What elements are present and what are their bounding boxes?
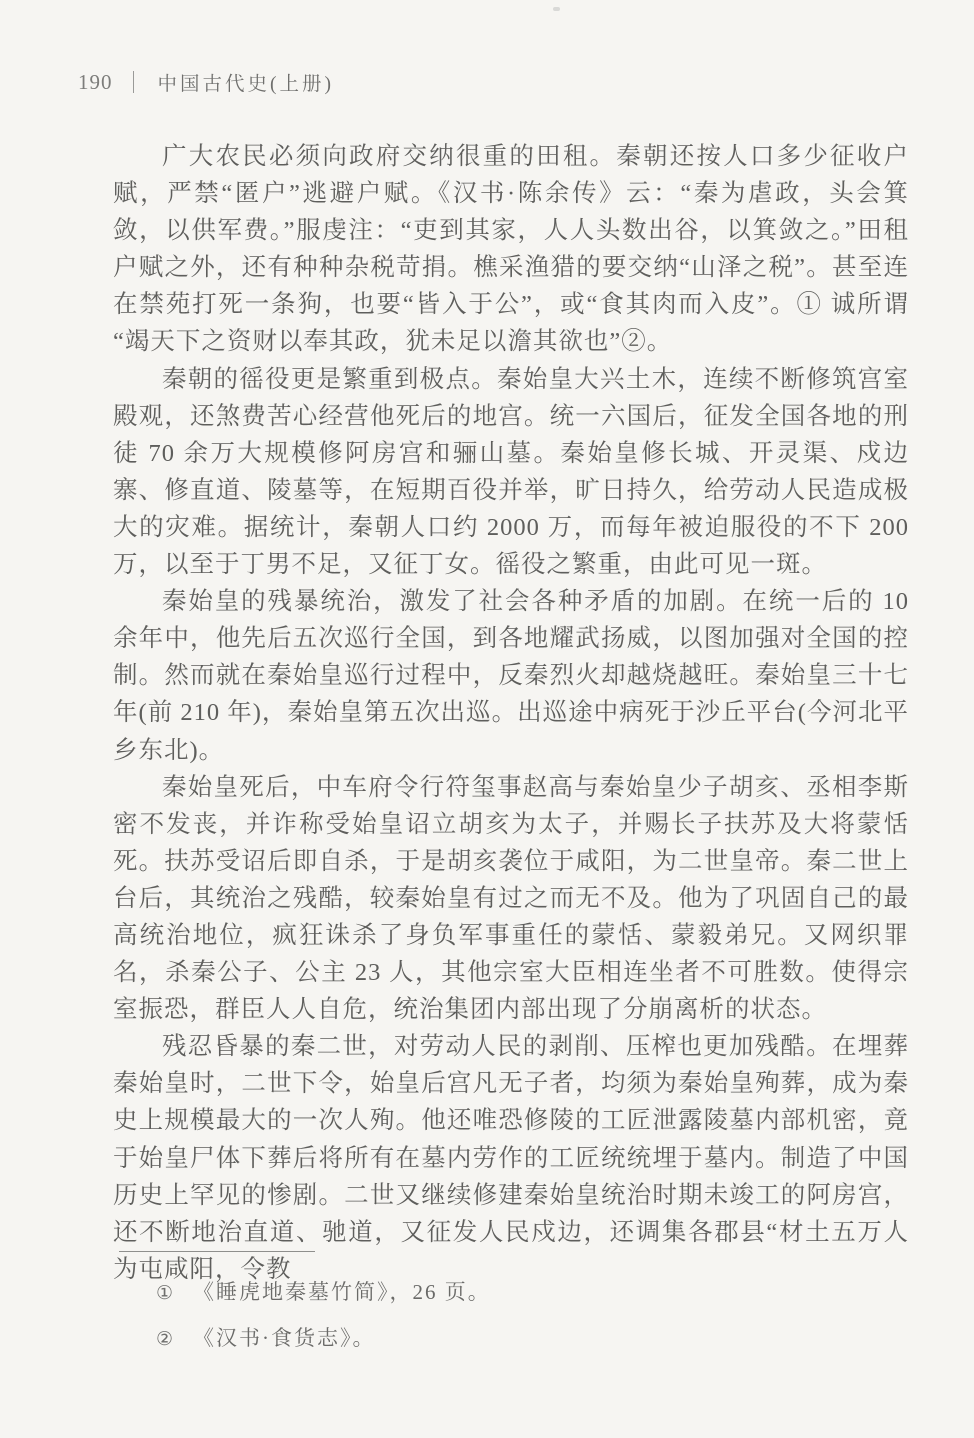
footnote-marker: ② [156,1317,175,1362]
paragraph: 广大农民必须向政府交纳很重的田租。秦朝还按人口多少征收户赋，严禁“匿户”逃避户赋… [113,138,909,361]
paragraph: 秦朝的徭役更是繁重到极点。秦始皇大兴土木，连续不断修筑宫室殿观，还煞费苦心经营他… [113,361,909,584]
page-number: 190 [78,70,113,95]
footnote-text: 《汉书·食货志》。 [193,1316,376,1361]
footnote-marker: ① [156,1271,175,1316]
footnote-text: 《睡虎地秦墓竹简》，26 页。 [193,1270,491,1315]
footnote-item: ①《睡虎地秦墓竹简》，26 页。 [156,1270,856,1316]
footnote-separator [119,1251,315,1252]
book-title: 中国古代史(上册) [158,68,335,96]
body-text: 广大农民必须向政府交纳很重的田租。秦朝还按人口多少征收户赋，严禁“匿户”逃避户赋… [113,138,909,1288]
scan-artifact [553,7,560,11]
header-divider [133,71,134,93]
book-page: 190 中国古代史(上册) 广大农民必须向政府交纳很重的田租。秦朝还按人口多少征… [0,0,974,1438]
paragraph: 秦始皇死后，中车府令行符玺事赵高与秦始皇少子胡亥、丞相李斯密不发丧，并诈称受始皇… [113,769,909,1029]
paragraph: 秦始皇的残暴统治，激发了社会各种矛盾的加剧。在统一后的 10 余年中，他先后五次… [113,583,909,768]
running-head: 190 中国古代史(上册) [78,68,334,96]
footnotes: ①《睡虎地秦墓竹简》，26 页。②《汉书·食货志》。 [156,1270,856,1362]
footnote-item: ②《汉书·食货志》。 [156,1316,856,1362]
paragraph: 残忍昏暴的秦二世，对劳动人民的剥削、压榨也更加残酷。在埋葬秦始皇时，二世下令，始… [113,1028,909,1288]
